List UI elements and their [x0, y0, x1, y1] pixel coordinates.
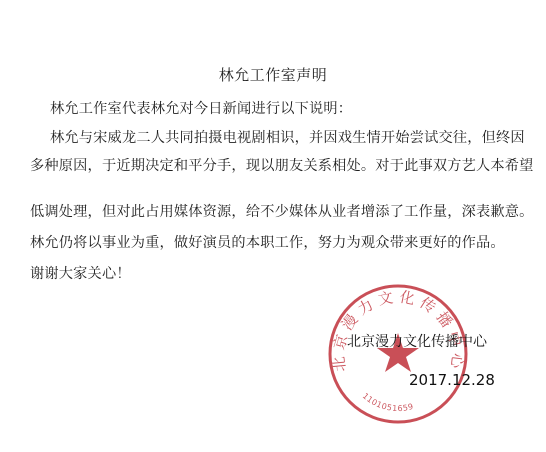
signature-organization: 北京漫力文化传播中心	[347, 331, 487, 351]
signature-date: 2017.12.28	[409, 371, 495, 389]
statement-line-3: 多种原因，于近期决定和平分手，现以朋友关系相处。对于此事双方艺人本希望	[30, 155, 534, 175]
svg-text:1101051659: 1101051659	[361, 391, 415, 413]
statement-line-1: 林允工作室代表林允对今日新闻进行以下说明：	[50, 98, 352, 118]
company-seal-icon: 北京漫力文化传播中心 1101051659	[327, 283, 469, 425]
statement-line-2: 林允与宋威龙二人共同拍摄电视剧相识，并因戏生情开始尝试交往，但终因	[50, 127, 525, 147]
statement-line-6: 谢谢大家关心！	[30, 263, 131, 283]
statement-title: 林允工作室声明	[0, 64, 546, 85]
statement-line-5: 林允仍将以事业为重，做好演员的本职工作，努力为观众带来更好的作品。	[30, 232, 505, 252]
statement-line-4: 低调处理，但对此占用媒体资源，给不少媒体从业者增添了工作量，深表歉意。	[30, 201, 534, 221]
